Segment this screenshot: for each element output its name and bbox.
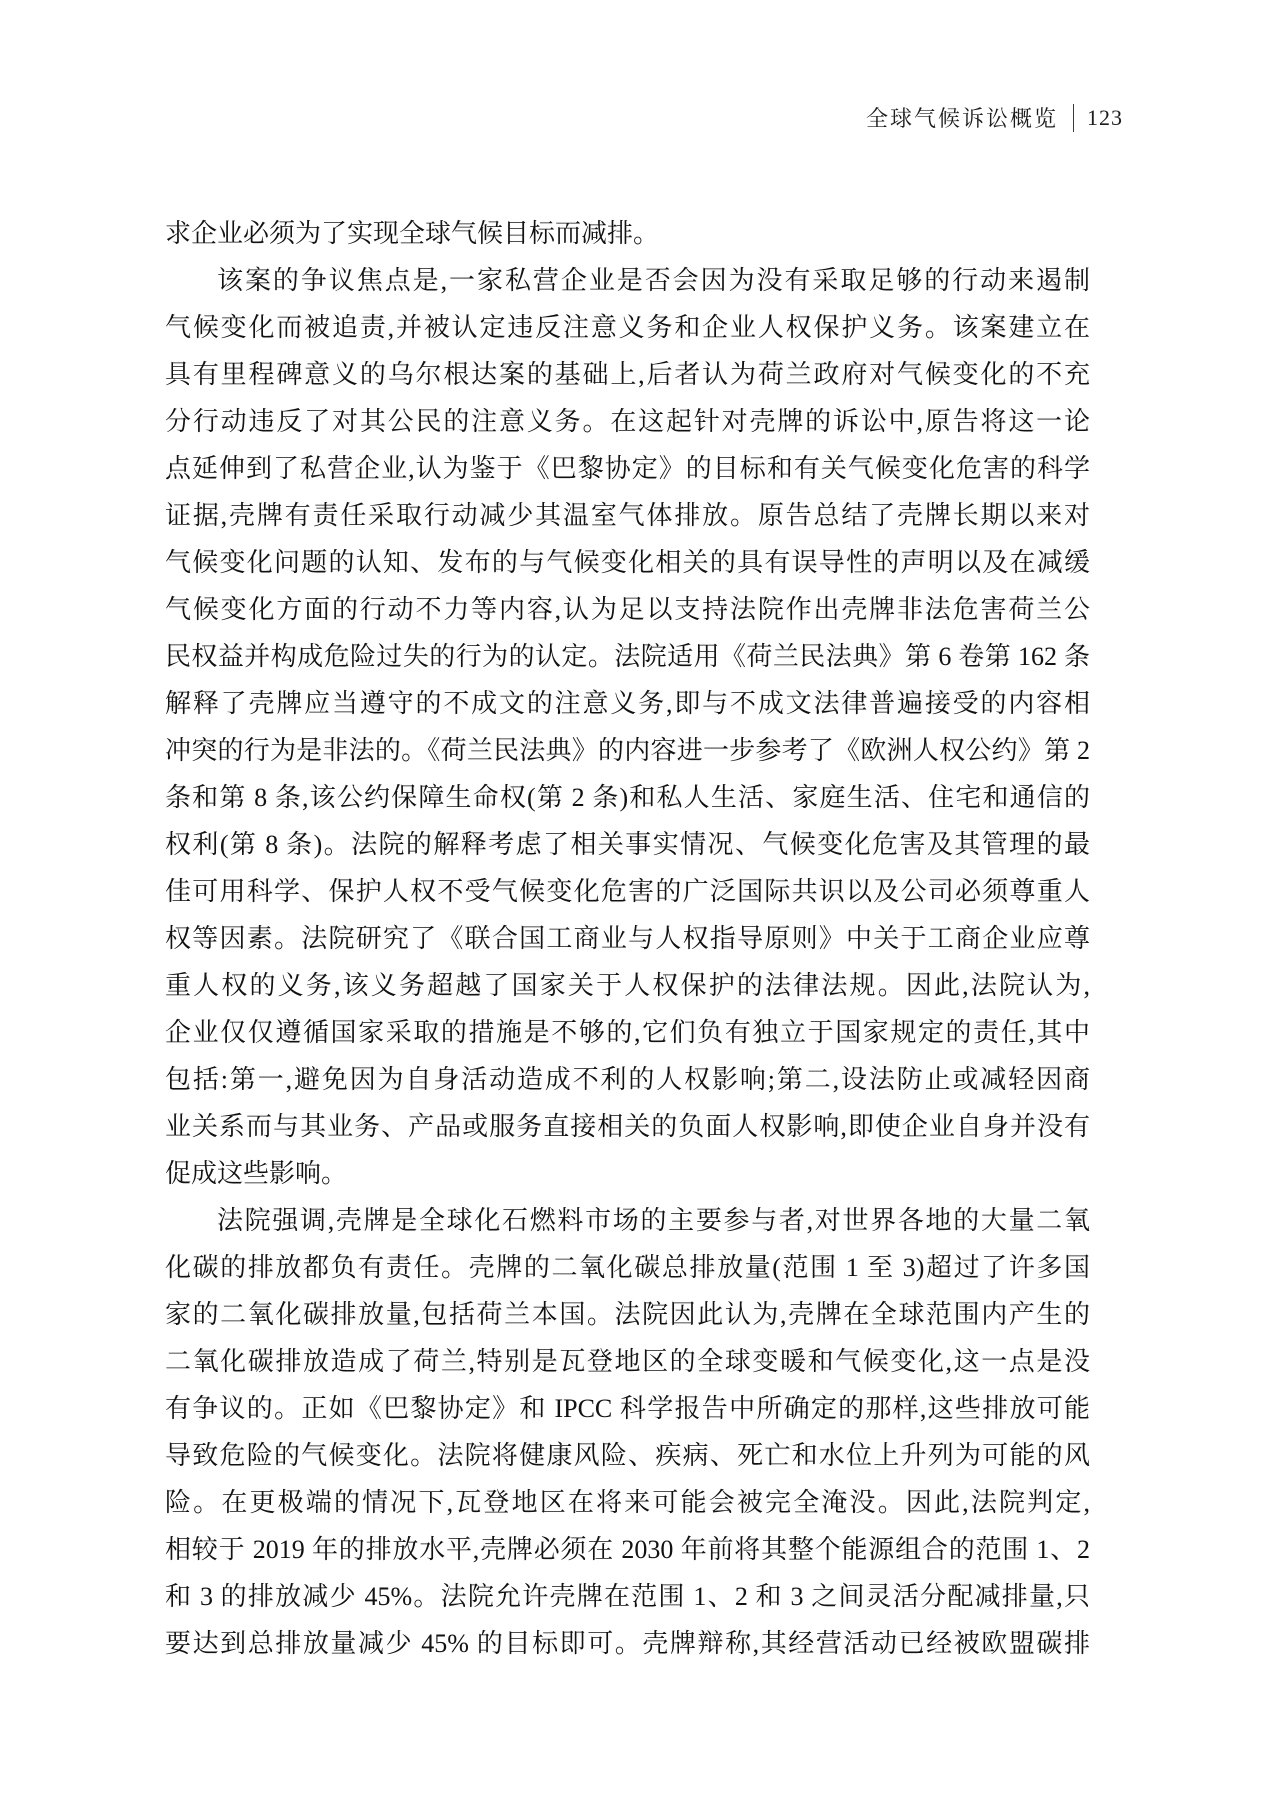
text-line: 化碳的排放都负有责任。壳牌的二氧化碳总排放量(范围 1 至 3)超过了许多国: [165, 1244, 1090, 1291]
text-line: 气候变化而被追责,并被认定违反注意义务和企业人权保护义务。该案建立在: [165, 304, 1090, 351]
text-line: 险。在更极端的情况下,瓦登地区在将来可能会被完全淹没。因此,法院判定,: [165, 1479, 1090, 1526]
text-line: 气候变化方面的行动不力等内容,认为足以支持法院作出壳牌非法危害荷兰公: [165, 586, 1090, 633]
text-line: 促成这些影响。: [165, 1150, 1090, 1197]
text-line: 权等因素。法院研究了《联合国工商业与人权指导原则》中关于工商企业应尊: [165, 915, 1090, 962]
text-line: 和 3 的排放减少 45%。法院允许壳牌在范围 1、2 和 3 之间灵活分配减排…: [165, 1573, 1090, 1620]
text-line: 点延伸到了私营企业,认为鉴于《巴黎协定》的目标和有关气候变化危害的科学: [165, 445, 1090, 492]
text-line: 冲突的行为是非法的。《荷兰民法典》的内容进一步参考了《欧洲人权公约》第 2: [165, 727, 1090, 774]
text-line: 包括:第一,避免因为自身活动造成不利的人权影响;第二,设法防止或减轻因商: [165, 1056, 1090, 1103]
text-line: 证据,壳牌有责任采取行动减少其温室气体排放。原告总结了壳牌长期以来对: [165, 492, 1090, 539]
text-line: 法院强调,壳牌是全球化石燃料市场的主要参与者,对世界各地的大量二氧: [165, 1197, 1090, 1244]
header-divider: [1073, 104, 1074, 132]
text-line: 重人权的义务,该义务超越了国家关于人权保护的法律法规。因此,法院认为,: [165, 962, 1090, 1009]
text-line: 家的二氧化碳排放量,包括荷兰本国。法院因此认为,壳牌在全球范围内产生的: [165, 1291, 1090, 1338]
text-line: 具有里程碑意义的乌尔根达案的基础上,后者认为荷兰政府对气候变化的不充: [165, 351, 1090, 398]
header-title: 全球气候诉讼概览: [866, 102, 1058, 133]
text-line: 企业仅仅遵循国家采取的措施是不够的,它们负有独立于国家规定的责任,其中: [165, 1009, 1090, 1056]
text-line: 气候变化问题的认知、发布的与气候变化相关的具有误导性的声明以及在减缓: [165, 539, 1090, 586]
text-line: 解释了壳牌应当遵守的不成文的注意义务,即与不成文法律普遍接受的内容相: [165, 680, 1090, 727]
text-line: 相较于 2019 年的排放水平,壳牌必须在 2030 年前将其整个能源组合的范围…: [165, 1526, 1090, 1573]
text-line: 佳可用科学、保护人权不受气候变化危害的广泛国际共识以及公司必须尊重人: [165, 868, 1090, 915]
body-text: 求企业必须为了实现全球气候目标而减排。该案的争议焦点是,一家私营企业是否会因为没…: [165, 210, 1090, 1667]
text-line: 二氧化碳排放造成了荷兰,特别是瓦登地区的全球变暖和气候变化,这一点是没: [165, 1338, 1090, 1385]
text-line: 求企业必须为了实现全球气候目标而减排。: [165, 210, 1090, 257]
page-number: 123: [1087, 105, 1123, 131]
book-page: 全球气候诉讼概览 123 求企业必须为了实现全球气候目标而减排。该案的争议焦点是…: [0, 0, 1269, 1804]
text-line: 条和第 8 条,该公约保障生命权(第 2 条)和私人生活、家庭生活、住宅和通信的: [165, 774, 1090, 821]
text-line: 权利(第 8 条)。法院的解释考虑了相关事实情况、气候变化危害及其管理的最: [165, 821, 1090, 868]
text-line: 有争议的。正如《巴黎协定》和 IPCC 科学报告中所确定的那样,这些排放可能: [165, 1385, 1090, 1432]
text-line: 业关系而与其业务、产品或服务直接相关的负面人权影响,即使企业自身并没有: [165, 1103, 1090, 1150]
text-line: 分行动违反了对其公民的注意义务。在这起针对壳牌的诉讼中,原告将这一论: [165, 398, 1090, 445]
text-line: 要达到总排放量减少 45% 的目标即可。壳牌辩称,其经营活动已经被欧盟碳排: [165, 1620, 1090, 1667]
text-line: 导致危险的气候变化。法院将健康风险、疾病、死亡和水位上升列为可能的风: [165, 1432, 1090, 1479]
text-line: 该案的争议焦点是,一家私营企业是否会因为没有采取足够的行动来遏制: [165, 257, 1090, 304]
running-header: 全球气候诉讼概览 123: [866, 102, 1123, 133]
text-line: 民权益并构成危险过失的行为的认定。法院适用《荷兰民法典》第 6 卷第 162 条: [165, 633, 1090, 680]
